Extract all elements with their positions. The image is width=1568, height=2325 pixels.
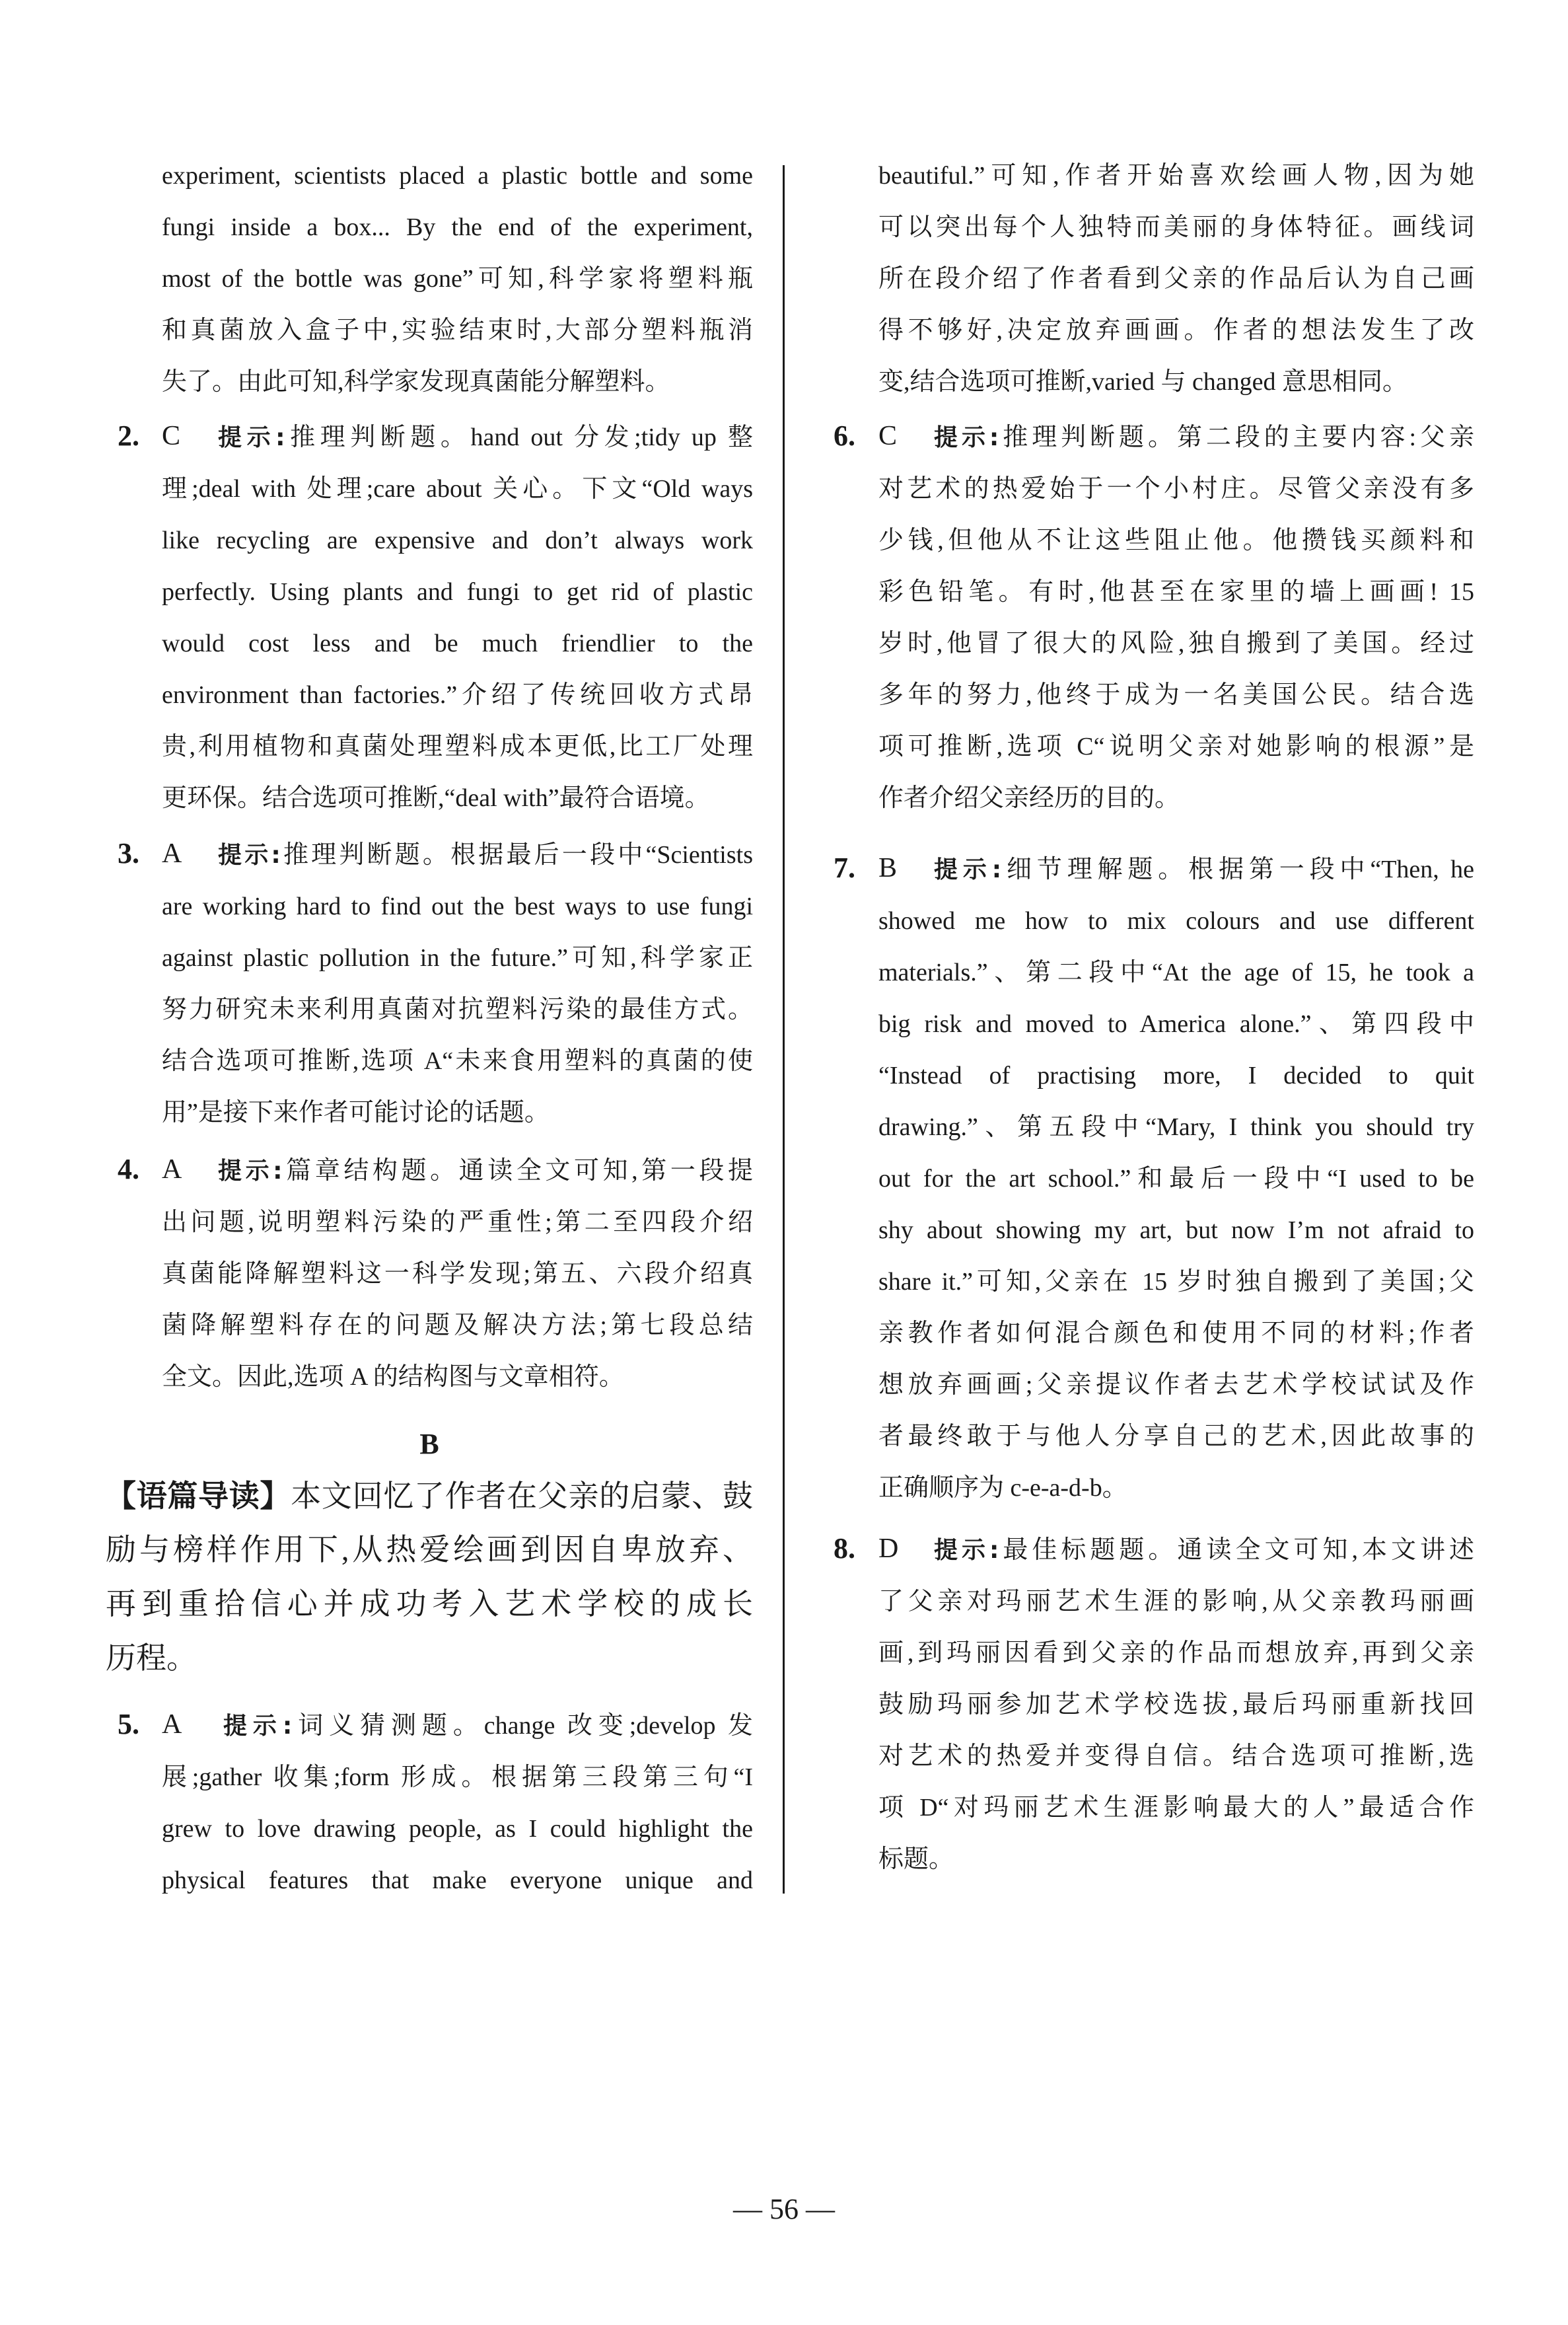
text-line: 努力研究未来利用真菌对抗塑料污染的最佳方式。: [162, 994, 753, 1025]
guide-line: 励与榜样作用下,从热爱绘画到因自卑放弃、: [106, 1532, 753, 1568]
answer-letter: C: [878, 420, 897, 452]
hint-first-line: 提示:推理判断题。根据最后一段中“Scientists: [218, 839, 753, 871]
hint-label: 提示:: [223, 1713, 292, 1740]
guide-line: 再到重拾信心并成功考入艺术学校的成长: [106, 1586, 753, 1623]
text-line: drawing.”、第五段中“Mary, I think you should …: [878, 1111, 1474, 1143]
hint-first-line: 提示:最佳标题题。通读全文可知,本文讲述: [934, 1534, 1474, 1567]
text-line: 出问题,说明塑料污染的严重性;第二至四段介绍: [162, 1206, 753, 1238]
item-number: 8.: [834, 1533, 855, 1565]
guide-line: 【语篇导读】本文回忆了作者在父亲的启蒙、鼓: [106, 1477, 753, 1515]
text-line: out for the art school.”和最后一段中“I used to…: [878, 1163, 1474, 1195]
hint-first-line: 提示:篇章结构题。通读全文可知,第一段提: [218, 1155, 753, 1187]
text-line: 贵,利用植物和真菌处理塑料成本更低,比工厂处理: [162, 731, 753, 762]
text-line: 作者介绍父亲经历的目的。: [878, 782, 1474, 814]
page-number: — 56 —: [0, 2191, 1568, 2228]
text-line: 岁时,他冒了很大的风险,独自搬到了美国。经过: [878, 628, 1474, 659]
text-line: 对艺术的热爱并变得自信。结合选项可推断,选: [878, 1740, 1474, 1772]
hint-label: 提示:: [934, 1537, 999, 1564]
text-line: 菌降解塑料存在的问题及解决方法;第七段总结: [162, 1310, 753, 1341]
text-line: like recycling are expensive and don’t a…: [162, 525, 753, 556]
text-line: 鼓励玛丽参加艺术学校选拔,最后玛丽重新找回: [878, 1689, 1474, 1720]
item-number: 7.: [834, 852, 855, 884]
item-number: 5.: [118, 1709, 139, 1740]
text-line: showed me how to mix colours and use dif…: [878, 905, 1474, 937]
guide-line: 历程。: [106, 1640, 753, 1677]
answer-letter: A: [162, 1709, 182, 1740]
text-line: 用”是接下来作者可能讨论的话题。: [162, 1097, 753, 1128]
text-line: perfectly. Using plants and fungi to get…: [162, 576, 753, 608]
text-line: 可以突出每个人独特而美丽的身体特征。画线词: [878, 211, 1474, 243]
answer-letter: A: [162, 838, 182, 869]
text-line: 得不够好,决定放弃画画。作者的想法发生了改: [878, 314, 1474, 346]
hint-label: 提示:: [934, 856, 1001, 883]
item-number: 3.: [118, 838, 139, 869]
answer-letter: B: [878, 852, 897, 884]
column-divider: [783, 165, 785, 1894]
text-line: 对艺术的热爱始于一个小村庄。尽管父亲没有多: [878, 473, 1474, 505]
text-line: 所在段介绍了作者看到父亲的作品后认为自己画: [878, 263, 1474, 295]
text-line: 真菌能降解塑料这一科学发现;第五、六段介绍真: [162, 1258, 753, 1290]
text-line: 标题。: [878, 1843, 1474, 1875]
text-line: against plastic pollution in the future.…: [162, 942, 753, 974]
text-line: “Instead of practising more, I decided t…: [878, 1060, 1474, 1091]
answer-letter: A: [162, 1154, 182, 1185]
text-line: 更环保。结合选项可推断,“deal with”最符合语境。: [162, 782, 753, 814]
text-line: 失了。由此可知,科学家发现真菌能分解塑料。: [162, 366, 753, 398]
text-line: big risk and moved to America alone.”、第四…: [878, 1008, 1474, 1040]
text-line: 者最终敢于与他人分享自己的艺术,因此故事的: [878, 1421, 1474, 1452]
text-line: fungi inside a box... By the end of the …: [162, 211, 753, 243]
text-line: 全文。因此,选项 A 的结构图与文章相符。: [162, 1361, 753, 1393]
text-line: share it.”可知,父亲在 15 岁时独自搬到了美国;父: [878, 1266, 1474, 1298]
text-line: 了父亲对玛丽艺术生涯的影响,从父亲教玛丽画: [878, 1586, 1474, 1617]
text-line: environment than factories.”介绍了传统回收方式昂: [162, 679, 753, 711]
answer-letter: D: [878, 1533, 898, 1565]
text-line: 画,到玛丽因看到父亲的作品而想放弃,再到父亲: [878, 1637, 1474, 1669]
hint-first-line: 提示:细节理解题。根据第一段中“Then, he: [934, 854, 1474, 886]
text-line: physical features that make everyone uni…: [162, 1864, 753, 1896]
text-line: 结合选项可推断,选项 A“未来食用塑料的真菌的使: [162, 1045, 753, 1077]
text-line: 展;gather 收集;form 形成。根据第三段第三句“I: [162, 1761, 753, 1793]
item-number: 4.: [118, 1154, 139, 1185]
text-line: beautiful.”可知,作者开始喜欢绘画人物,因为她: [878, 160, 1474, 192]
item-number: 6.: [834, 420, 855, 452]
text-line: 项可推断,选项 C“说明父亲对她影响的根源”是: [878, 731, 1474, 762]
answer-letter: C: [162, 420, 180, 452]
hint-first-line: 提示:词义猜测题。change 改变;develop 发: [223, 1710, 753, 1742]
item-number: 2.: [118, 420, 139, 452]
text-line: grew to love drawing people, as I could …: [162, 1813, 753, 1845]
hint-label: 提示:: [218, 1158, 283, 1185]
text-line: materials.”、第二段中“At the age of 15, he to…: [878, 957, 1474, 988]
text-line: 项 D“对玛丽艺术生涯影响最大的人”最适合作: [878, 1792, 1474, 1824]
text-line: 和真菌放入盒子中,实验结束时,大部分塑料瓶消: [162, 314, 753, 346]
text-line: shy about showing my art, but now I’m no…: [878, 1214, 1474, 1246]
section-title: B: [0, 1426, 859, 1463]
text-line: 想放弃画画;父亲提议作者去艺术学校试试及作: [878, 1369, 1474, 1401]
text-line: would cost less and be much friendlier t…: [162, 628, 753, 659]
text-line: are working hard to find out the best wa…: [162, 891, 753, 922]
guide-label: 【语篇导读】: [106, 1478, 291, 1514]
hint-label: 提示:: [218, 424, 285, 451]
hint-label: 提示:: [218, 842, 281, 869]
hint-first-line: 提示:推理判断题。第二段的主要内容:父亲: [934, 422, 1474, 454]
text-line: experiment, scientists placed a plastic …: [162, 160, 753, 192]
text-line: 亲教作者如何混合颜色和使用不同的材料;作者: [878, 1317, 1474, 1349]
text-line: 变,结合选项可推断,varied 与 changed 意思相同。: [878, 366, 1474, 398]
text-line: most of the bottle was gone”可知,科学家将塑料瓶: [162, 263, 753, 295]
hint-first-line: 提示:推理判断题。hand out 分发;tidy up 整: [218, 422, 753, 454]
text-line: 正确顺序为 c-e-a-d-b。: [878, 1472, 1474, 1504]
text-line: 彩色铅笔。有时,他甚至在家里的墙上画画! 15: [878, 576, 1474, 608]
text-line: 多年的努力,他终于成为一名美国公民。结合选: [878, 679, 1474, 711]
text-line: 理;deal with 处理;care about 关心。下文“Old ways: [162, 473, 753, 505]
hint-label: 提示:: [934, 424, 999, 451]
text-line: 少钱,但他从不让这些阻止他。他攒钱买颜料和: [878, 525, 1474, 556]
